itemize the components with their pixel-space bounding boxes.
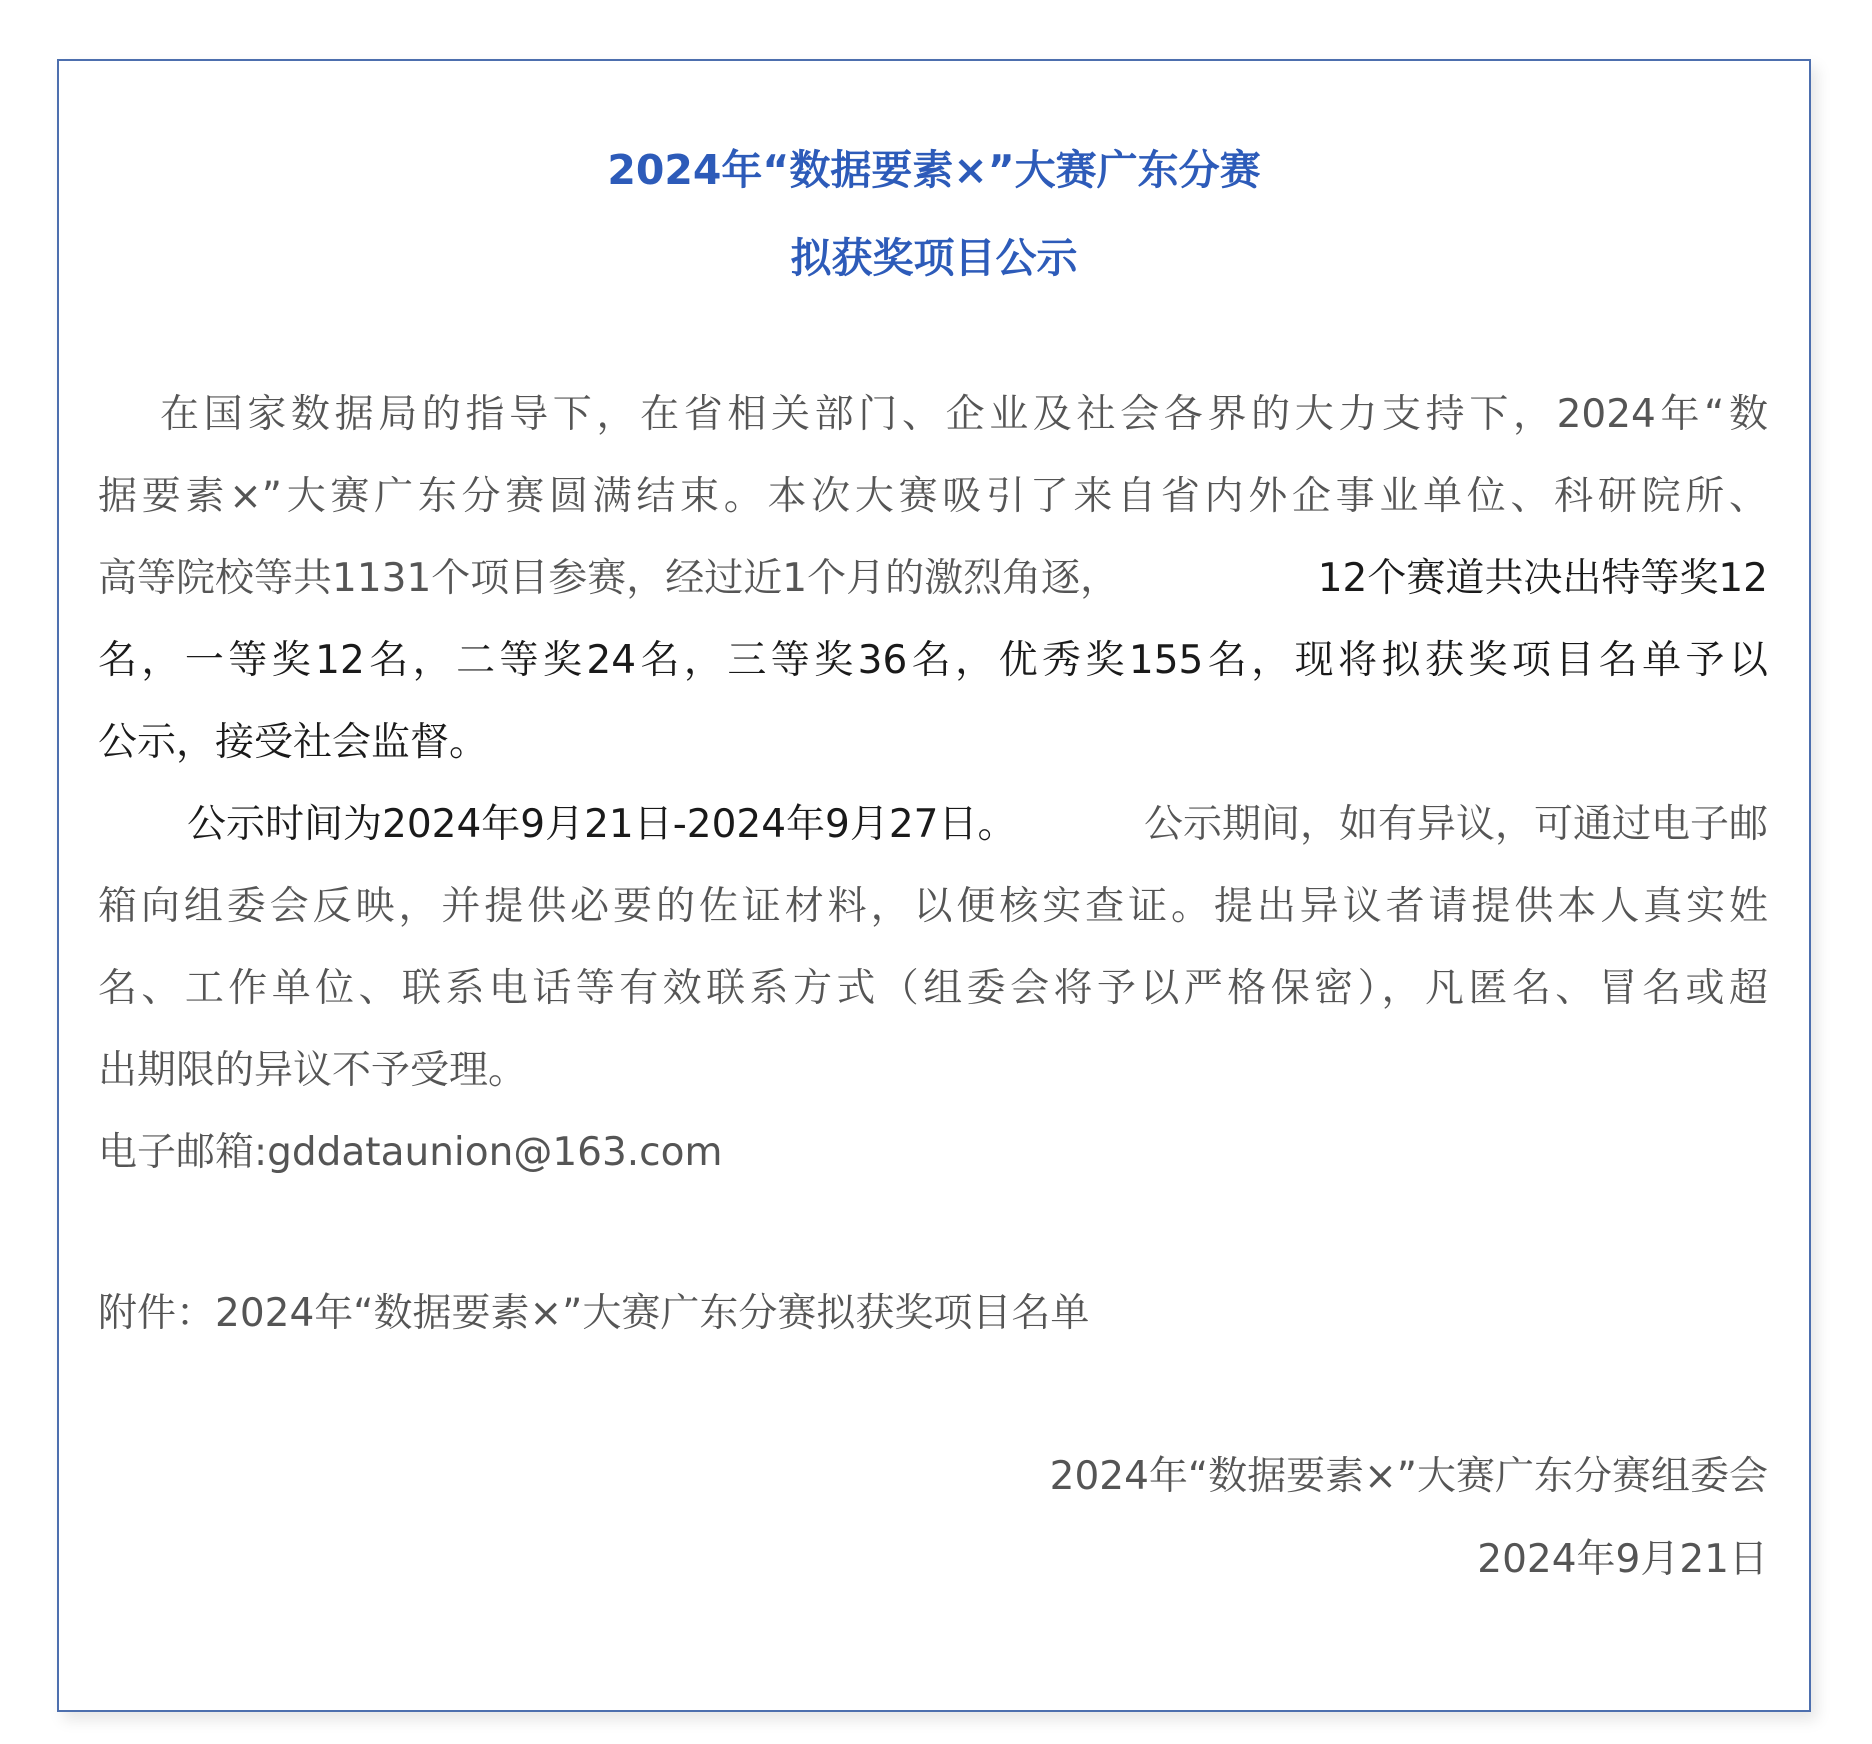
paragraph2-line1-text: 公示期间，如有异议，可通过电子邮 xyxy=(1144,784,1768,866)
paragraph1-line2: 据要素×”大赛广东分赛圆满结束。本次大赛吸引了来自省内外企事业单位、科研院所、 xyxy=(98,456,1768,538)
signature-organizer: 2024年“数据要素×”大赛广东分赛组委会 xyxy=(98,1436,1768,1518)
paragraph2-line4: 出期限的异议不予受理。 xyxy=(98,1030,1768,1112)
paragraph1-award-summary: 名，一等奖12名，二等奖24名，三等奖36名，优秀奖155名，现将拟获奖项目名单… xyxy=(98,620,1768,702)
paragraph1-award-summary-end: 公示，接受社会监督。 xyxy=(98,702,1768,784)
attachment-link[interactable]: 附件：2024年“数据要素×”大赛广东分赛拟获奖项目名单 xyxy=(98,1273,1768,1355)
notice-title-line2: 拟获奖项目公示 xyxy=(57,214,1811,302)
paragraph1-line3-text: 高等院校等共1131个项目参赛，经过近1个月的激烈角逐， xyxy=(98,538,1119,620)
paragraph2-line2: 箱向组委会反映，并提供必要的佐证材料，以便核实查证。提出异议者请提供本人真实姓 xyxy=(98,866,1768,948)
notice-title-line1: 2024年“数据要素×”大赛广东分赛 xyxy=(57,126,1811,214)
contact-email[interactable]: 电子邮箱:gddataunion@163.com xyxy=(98,1112,1768,1194)
paragraph1-award-summary-start: 12个赛道共决出特等奖12 xyxy=(1318,538,1768,620)
signature-date: 2024年9月21日 xyxy=(98,1519,1768,1601)
paragraph2-line3: 名、工作单位、联系电话等有效联系方式（组委会将予以严格保密），凡匿名、冒名或超 xyxy=(98,948,1768,1030)
paragraph1-line3: 高等院校等共1131个项目参赛，经过近1个月的激烈角逐， 12个赛道共决出特等奖… xyxy=(98,538,1768,620)
publicity-period: 公示时间为2024年9月21日-2024年9月27日。 xyxy=(187,784,1016,866)
paragraph2-line1: 公示时间为2024年9月21日-2024年9月27日。 公示期间，如有异议，可通… xyxy=(187,784,1768,866)
paragraph1-line1: 在国家数据局的指导下，在省相关部门、企业及社会各界的大力支持下，2024年“数 xyxy=(160,374,1768,456)
